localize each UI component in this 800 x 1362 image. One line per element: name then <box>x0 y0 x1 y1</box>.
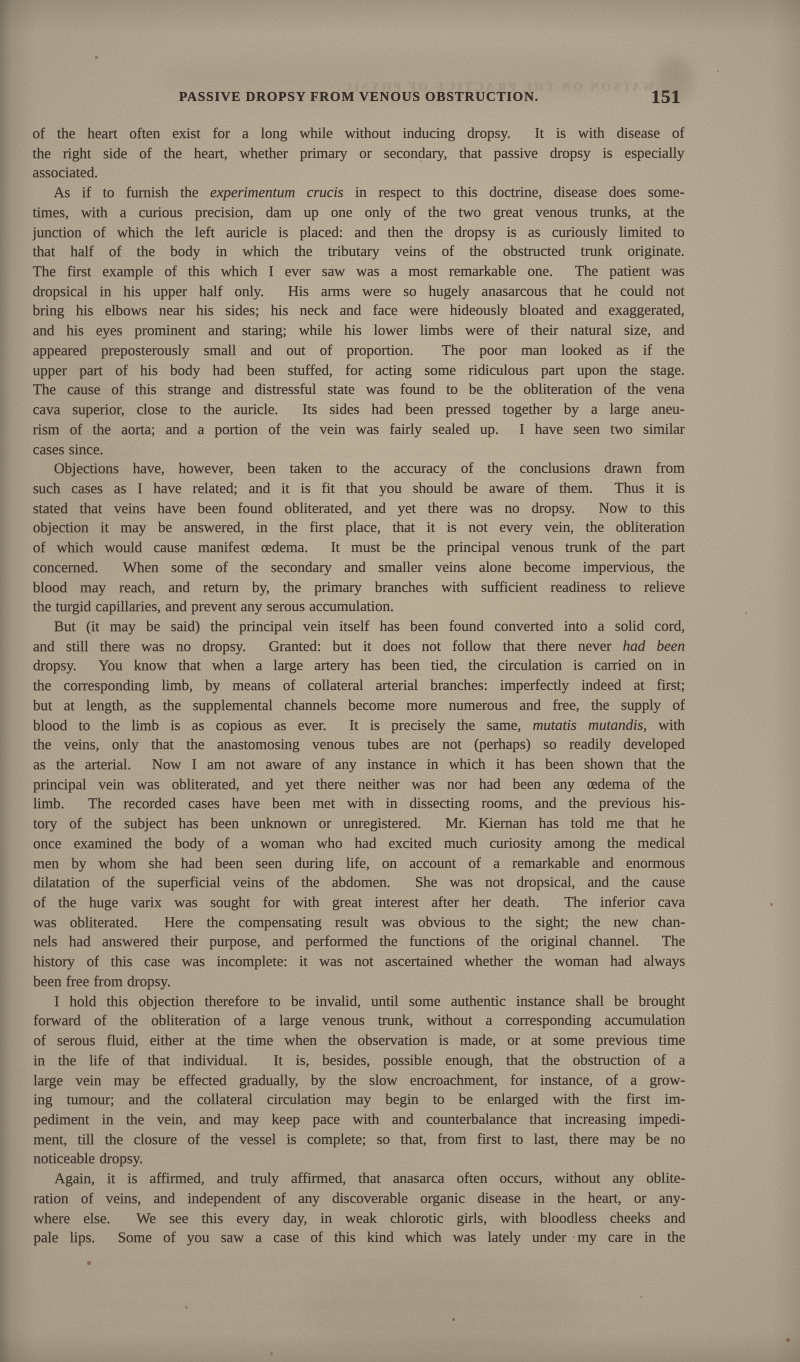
text-line: but at length, as the supplemental chann… <box>33 697 685 717</box>
text-line: where else. We see this every day, in we… <box>33 1209 685 1229</box>
text-line: and his eyes prominent and staring; whil… <box>33 322 685 342</box>
text-line: rism of the aorta; and a portion of the … <box>33 420 685 440</box>
text-line: of the huge varix was sought for with gr… <box>33 894 685 914</box>
text-line: appeared preposterously small and out of… <box>33 342 685 362</box>
paragraph: Objections have, however, been taken to … <box>33 460 685 618</box>
text-line: the turgid capillaries, and prevent any … <box>33 598 685 618</box>
paper-speck <box>95 56 98 59</box>
paragraph: I hold this objection therefore to be in… <box>33 992 685 1170</box>
paper-stain <box>300 1268 580 1350</box>
text-line: nels had answered their purpose, and per… <box>33 933 685 953</box>
paper-speck <box>770 903 773 906</box>
text-line: blood to the limb is as copious as ever.… <box>33 716 685 736</box>
text-line: cava superior, close to the auricle. Its… <box>33 401 685 421</box>
text-line: The cause of this strange and distressfu… <box>33 381 685 401</box>
text-line: and still there was no dropsy. Granted: … <box>33 637 685 657</box>
text-line: noticeable dropsy. <box>33 1150 685 1170</box>
verso-show-through-smudge: As if to furnish the *experimentum cruci… <box>80 1253 620 1349</box>
text-line: dropsy. You know that when a large arter… <box>33 657 685 677</box>
paper-speck <box>717 70 719 72</box>
text-line: the veins, only that the anastomosing ve… <box>33 736 685 756</box>
text-line: limb. The recorded cases have been met w… <box>33 795 685 815</box>
text-line: ing tumour; and the collateral circulati… <box>33 1091 685 1111</box>
text-line: dilatation of the superficial veins of t… <box>33 874 685 894</box>
running-head: PASSIVE DROPSY FROM VENOUS OBSTRUCTION. <box>33 89 685 105</box>
text-line: times, with a curious precision, dam up … <box>33 204 685 224</box>
paragraph: Again, it is affirmed, and truly affirme… <box>33 1170 685 1249</box>
paper-speck <box>640 1296 642 1298</box>
text-line: the right side of the heart, whether pri… <box>33 144 685 164</box>
text-line: ment, till the closure of the vessel is … <box>33 1130 685 1150</box>
paragraph: As if to furnish the experimentum crucis… <box>33 184 685 461</box>
text-line: objection it may be answered, in the fir… <box>33 519 685 539</box>
text-line: history of this case was incomplete: it … <box>33 953 685 973</box>
page-header: PASSIVE DROPSY FROM VENOUS OBSTRUCTION. … <box>33 89 685 111</box>
text-line: I hold this objection therefore to be in… <box>33 992 685 1012</box>
page-number: 151 <box>651 87 681 109</box>
text-line: ration of veins, and independent of any … <box>33 1190 685 1210</box>
text-line: cases since. <box>33 440 685 460</box>
text-line: bring his elbows near his sides; his nec… <box>33 302 685 322</box>
text-line: that half of the body in which the tribu… <box>33 243 685 263</box>
paper-speck <box>87 1261 91 1265</box>
text-line: of which would cause manifest œdema. It … <box>33 539 685 559</box>
text-line: as the arterial. Now I am not aware of a… <box>33 756 685 776</box>
text-line: Objections have, however, been taken to … <box>33 460 685 480</box>
text-line: As if to furnish the experimentum crucis… <box>33 184 685 204</box>
text-line: been free from dropsy. <box>33 973 685 993</box>
text-line: of serous fluid, either at the time when… <box>33 1032 685 1052</box>
text-line: the corresponding limb, by means of coll… <box>33 677 685 697</box>
text-line: blood may reach, and return by, the prim… <box>33 578 685 598</box>
text-line: pale lips. Some of you saw a case of thi… <box>33 1229 685 1249</box>
text-line: associated. <box>33 164 685 184</box>
text-line: pediment in the vein, and may keep pace … <box>33 1111 685 1131</box>
text-line: concerned. When some of the secondary an… <box>33 559 685 579</box>
paper-speck <box>185 1306 188 1309</box>
text-line: But (it may be said) the principal vein … <box>33 618 685 638</box>
text-line: upper part of his body had been stuffed,… <box>33 361 685 381</box>
paper-speck <box>270 1352 273 1355</box>
text-line: large vein may be effected gradually, by… <box>33 1071 685 1091</box>
text-line: was obliterated. Here the compensating r… <box>33 913 685 933</box>
text-line: such cases as I have related; and it is … <box>33 480 685 500</box>
text-line: The first example of this which I ever s… <box>33 263 685 283</box>
text-line: stated that veins have been found oblite… <box>33 499 685 519</box>
text-line: once examined the body of a woman who ha… <box>33 835 685 855</box>
text-line: men by whom she had been seen during lif… <box>33 854 685 874</box>
text-line: junction of which the left auricle is pl… <box>33 223 685 243</box>
text-line: principal vein was obliterated, and yet … <box>33 775 685 795</box>
paper-speck <box>452 1318 455 1321</box>
paper-speck <box>745 612 747 614</box>
text-line: of the heart often exist for a long whil… <box>33 125 685 145</box>
text-line: forward of the obliteration of a large v… <box>33 1012 685 1032</box>
text-line: Again, it is affirmed, and truly affirme… <box>33 1170 685 1190</box>
paper-speck <box>786 1338 790 1342</box>
text-line: in the life of that individual. It is, b… <box>33 1051 685 1071</box>
book-page: But (it may be said) the principal vein … <box>0 0 800 1362</box>
paragraph: of the heart often exist for a long whil… <box>33 125 685 185</box>
body-text: of the heart often exist for a long whil… <box>33 125 686 1250</box>
paragraph: But (it may be said) the principal vein … <box>33 618 685 993</box>
text-line: dropsical in his upper half only. His ar… <box>33 282 685 302</box>
text-line: tory of the subject has been unknown or … <box>33 815 685 835</box>
